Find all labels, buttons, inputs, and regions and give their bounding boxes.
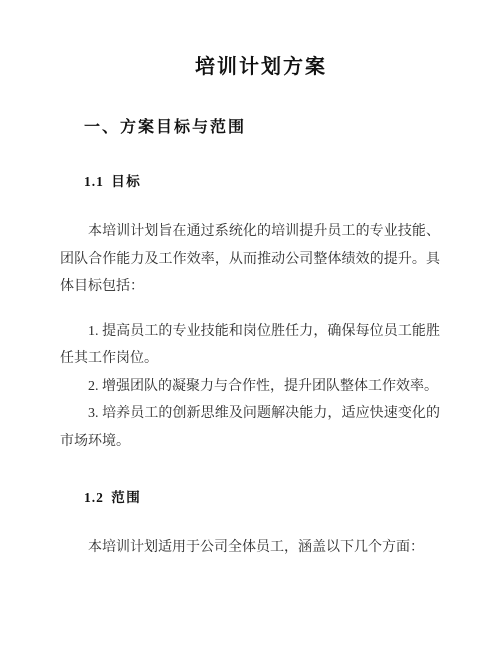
subheading-number: 1.1 <box>84 174 104 189</box>
subheading-label: 目标 <box>111 174 141 189</box>
objectives-list: 1. 提高员工的专业技能和岗位胜任力，确保每位员工能胜任其工作岗位。 2. 增强… <box>60 318 440 456</box>
paragraph-objectives-intro: 本培训计划旨在通过系统化的培训提升员工的专业技能、团队合作能力及工作效率，从而推… <box>60 218 440 301</box>
subheading-number: 1.2 <box>84 490 104 505</box>
subheading-1-2-scope: 1.2 范围 <box>60 488 440 507</box>
document-title: 培训计划方案 <box>60 54 440 81</box>
list-item: 3. 培养员工的创新思维及问题解决能力，适应快速变化的市场环境。 <box>60 400 440 455</box>
paragraph-scope-intro: 本培训计划适用于公司全体员工，涵盖以下几个方面： <box>60 534 440 562</box>
section-heading-objectives-and-scope: 一、方案目标与范围 <box>60 117 440 139</box>
list-item: 2. 增强团队的凝聚力与合作性，提升团队整体工作效率。 <box>60 373 440 401</box>
subheading-label: 范围 <box>111 490 141 505</box>
subheading-1-1-objectives: 1.1 目标 <box>60 172 440 191</box>
document-page: 培训计划方案 一、方案目标与范围 1.1 目标 本培训计划旨在通过系统化的培训提… <box>0 0 500 647</box>
list-item: 1. 提高员工的专业技能和岗位胜任力，确保每位员工能胜任其工作岗位。 <box>60 318 440 373</box>
